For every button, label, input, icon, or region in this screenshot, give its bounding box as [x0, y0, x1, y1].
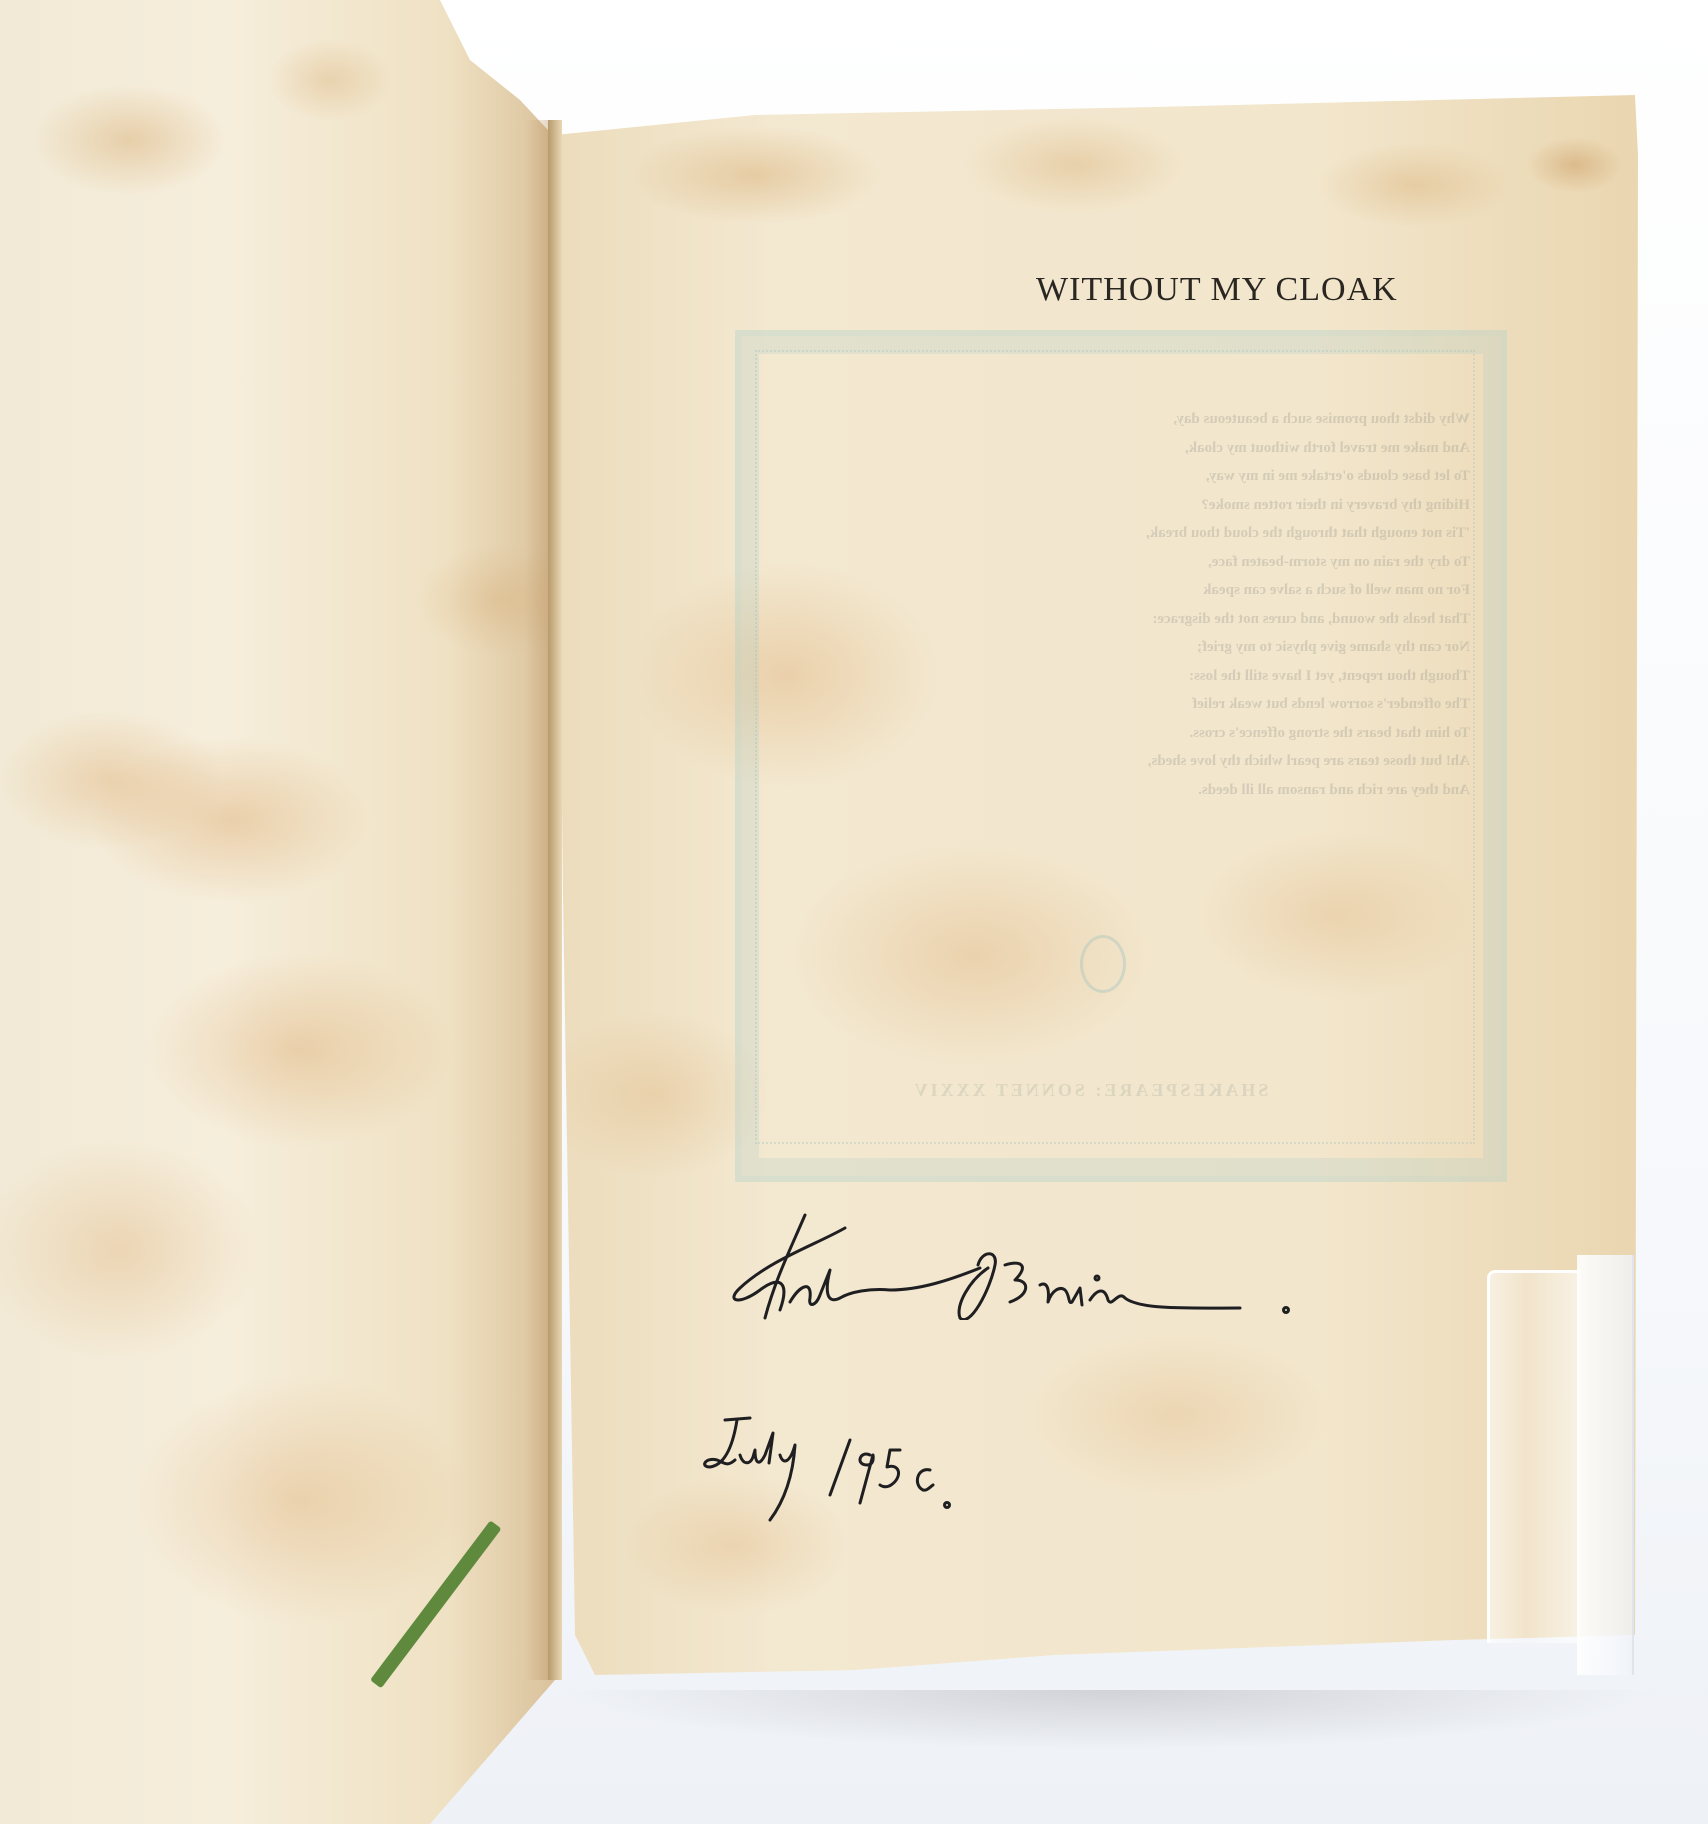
poem-line: Why didst thou promise such a beauteous … [870, 405, 1470, 434]
book-photo: Why didst thou promise such a beauteous … [0, 0, 1708, 1824]
poem-line: The offender's sorrow lends but weak rel… [870, 690, 1470, 719]
poem-line: For no man well of such a salve can spea… [870, 576, 1470, 605]
poem-line: 'Tis not enough that through the cloud t… [870, 519, 1470, 548]
acrylic-book-stand [1487, 1270, 1580, 1643]
poem-line: And make me travel forth without my cloa… [870, 434, 1470, 463]
inscription-date: July 1952. [695, 1405, 955, 1530]
poem-line: And they are rich and ransom all ill dee… [870, 776, 1470, 805]
ornament-icon [1080, 935, 1126, 993]
poem-line: To let base clouds o'ertake me in my way… [870, 462, 1470, 491]
poem-line: To him that bears the strong offence's c… [870, 719, 1470, 748]
poem-line: Hiding thy bravery in their rotten smoke… [870, 491, 1470, 520]
book-gutter [548, 120, 562, 1680]
poem-line: That heals the wound, and cures not the … [870, 605, 1470, 634]
author-signature: Kate O'Brien. [720, 1210, 1360, 1325]
poem-line: Nor can thy shame give physic to my grie… [870, 633, 1470, 662]
show-through-poem: Why didst thou promise such a beauteous … [870, 405, 1470, 804]
poem-line: Ah! but those tears are pearl which thy … [870, 747, 1470, 776]
acrylic-stand-back [1577, 1255, 1634, 1675]
book-title: WITHOUT MY CLOAK [1036, 271, 1398, 309]
show-through-footer: SHAKESPEARE: SONNET XXXIV [830, 1080, 1350, 1101]
signature-kate-obrien-icon: Kate O'Brien. [720, 1210, 1360, 1320]
poem-line: Though thou repent, yet I have still the… [870, 662, 1470, 691]
book-shadow [560, 1690, 1660, 1750]
poem-line: To dry the rain on my storm-beaten face, [870, 548, 1470, 577]
handwritten-date-icon: July 1952. [695, 1405, 955, 1525]
